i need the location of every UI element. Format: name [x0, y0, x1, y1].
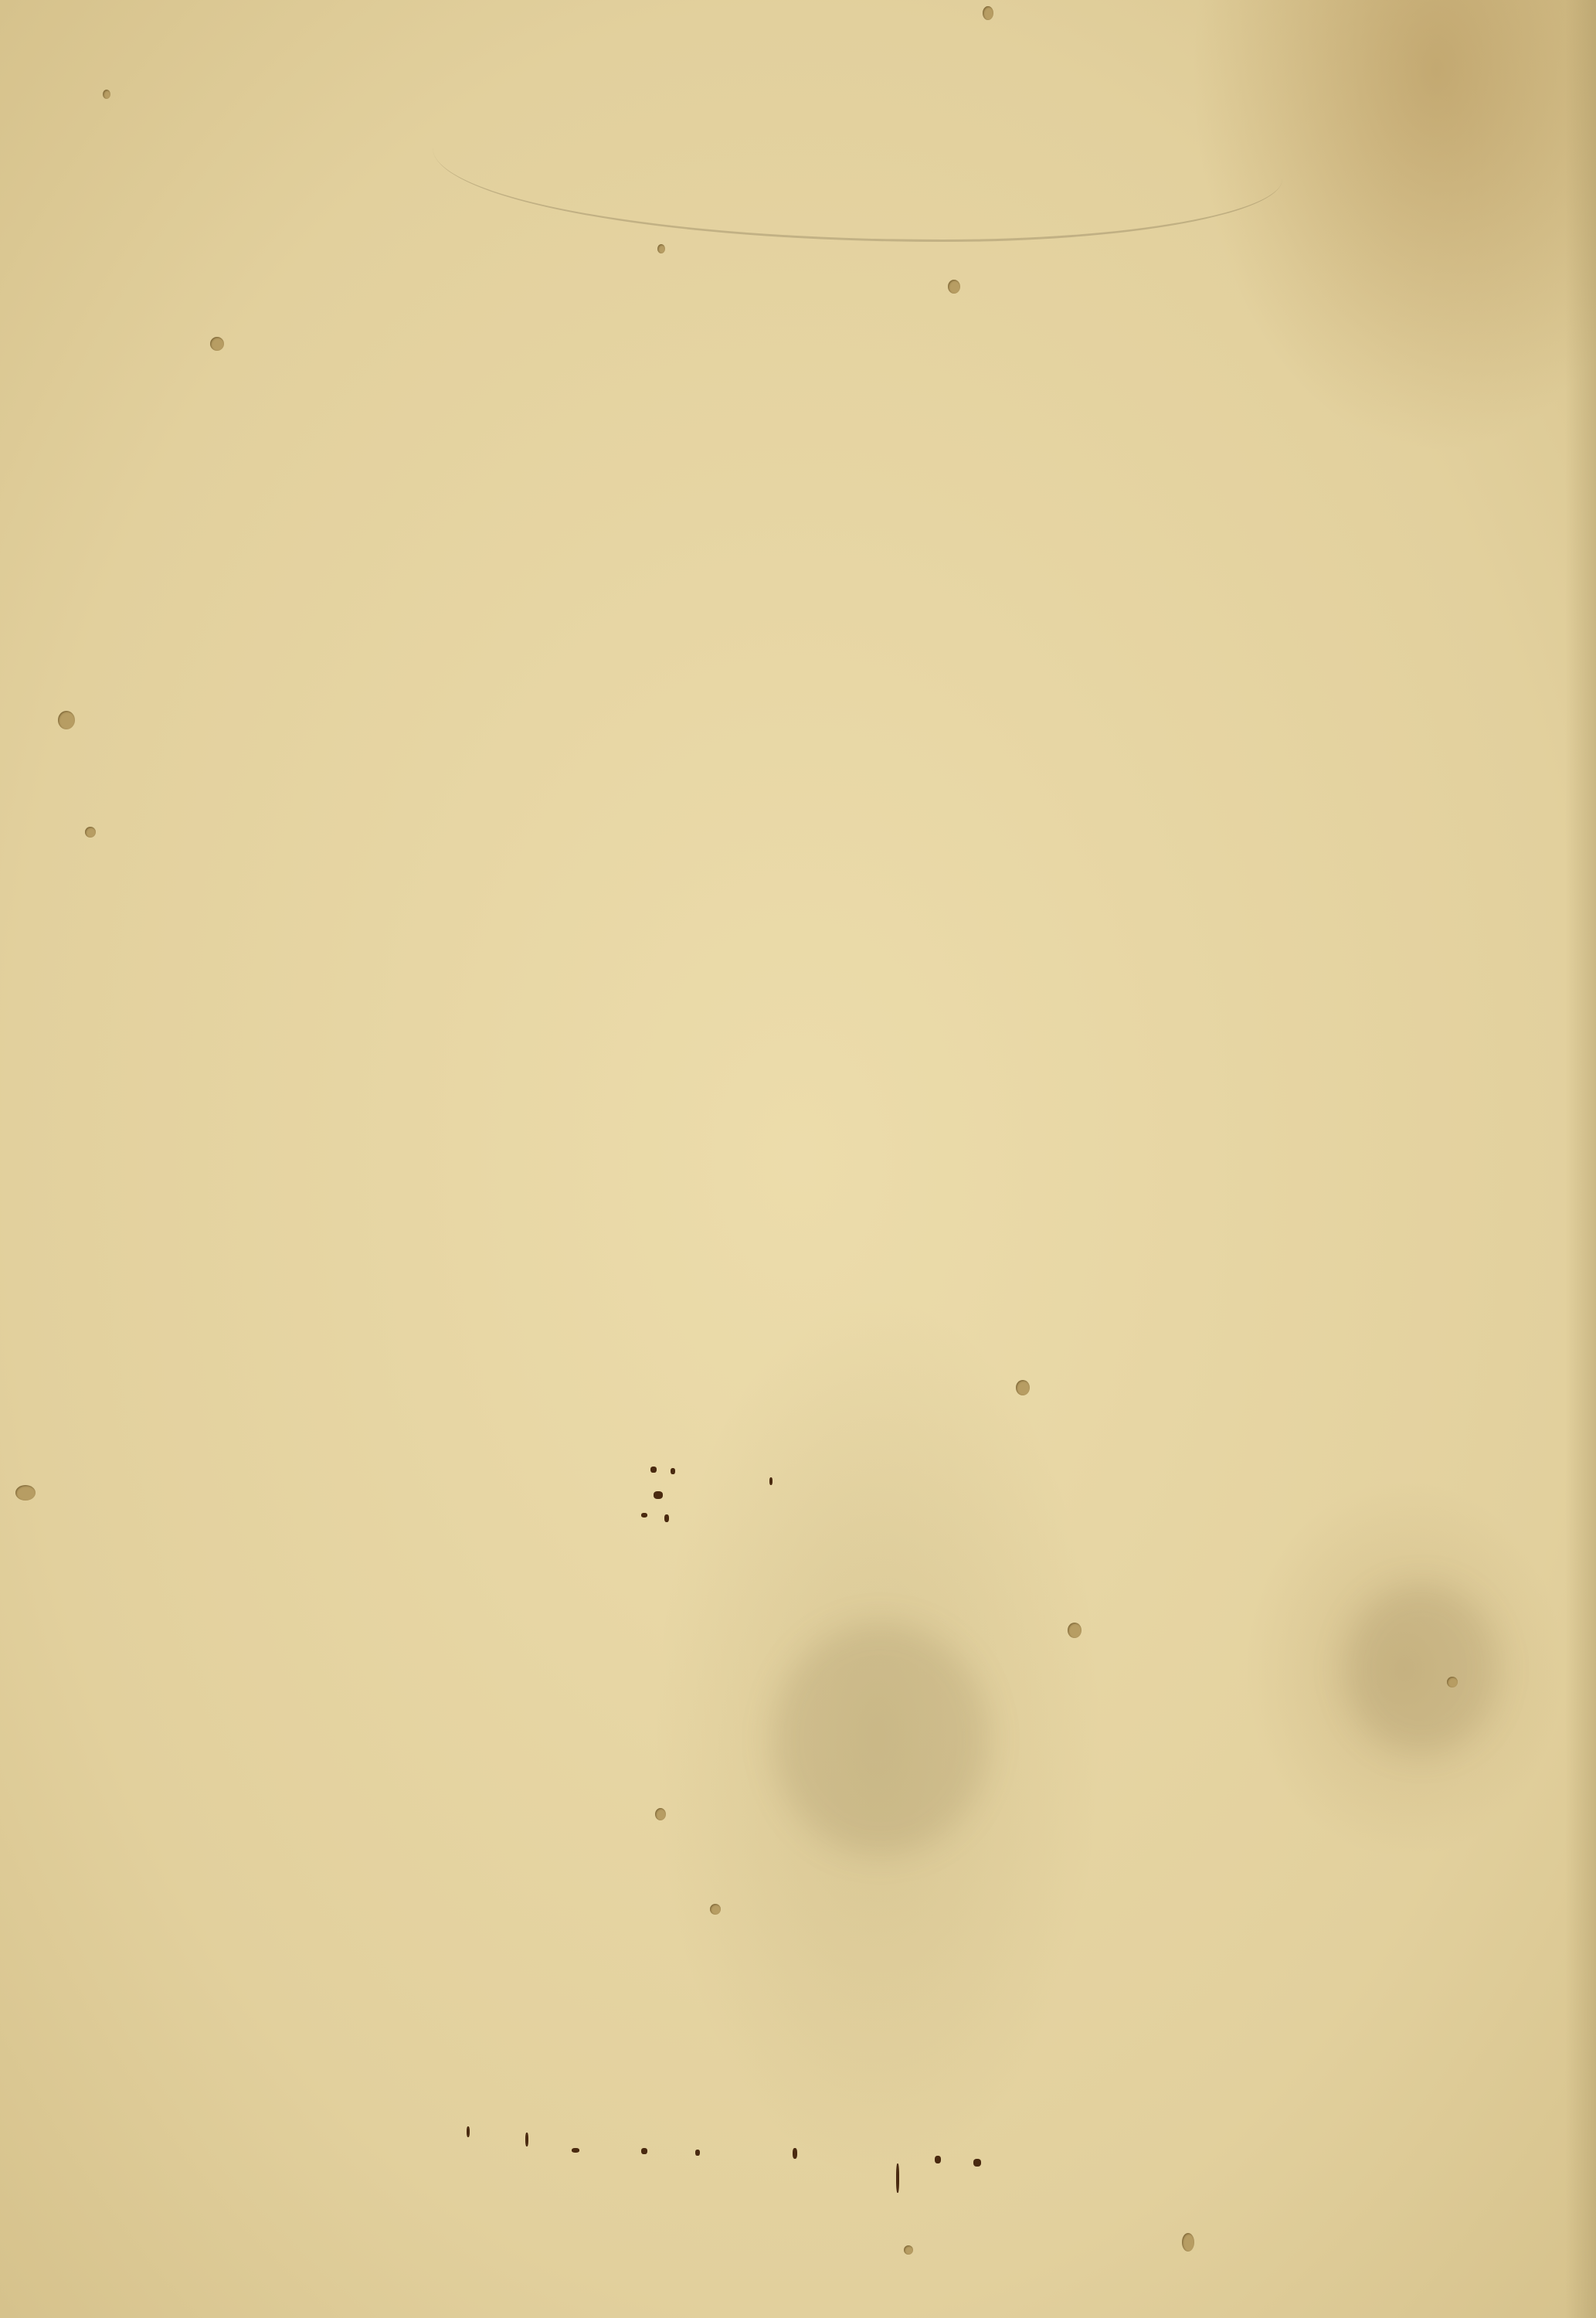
wormhole	[1182, 2233, 1194, 2252]
paper-page	[0, 0, 1596, 2318]
wormhole	[210, 337, 224, 351]
wormhole	[85, 827, 96, 838]
wormhole	[1447, 1677, 1458, 1688]
worm-hole-trail	[467, 2126, 470, 2137]
worm-hole-trail	[896, 2163, 899, 2193]
wormhole	[15, 1485, 36, 1501]
worm-hole-trail	[793, 2148, 797, 2159]
wormhole	[948, 280, 960, 294]
worm-hole-trail	[973, 2159, 981, 2167]
wormhole	[103, 90, 110, 99]
worm-hole-cluster	[650, 1467, 657, 1473]
wormhole	[58, 711, 75, 729]
worm-hole-cluster	[641, 1513, 647, 1518]
stain	[773, 1623, 989, 1854]
worm-hole-cluster	[769, 1477, 773, 1485]
worm-hole-trail	[525, 2133, 528, 2146]
worm-hole-trail	[572, 2148, 579, 2153]
worm-hole-cluster	[671, 1468, 675, 1474]
wormhole	[655, 1808, 666, 1820]
worm-hole-trail	[695, 2150, 700, 2156]
worm-hole-cluster	[654, 1491, 663, 1499]
bleed-through-marks	[433, 85, 1282, 242]
wormhole	[710, 1904, 721, 1915]
wormhole	[1068, 1623, 1082, 1638]
worm-hole-trail	[935, 2156, 941, 2163]
worm-hole-cluster	[664, 1514, 669, 1522]
wormhole	[1016, 1380, 1030, 1395]
stain	[1344, 1584, 1499, 1754]
page-edge	[1565, 0, 1596, 2318]
wormhole	[983, 6, 993, 20]
wormhole	[657, 244, 665, 253]
wormhole	[904, 2245, 913, 2255]
worm-hole-trail	[641, 2148, 647, 2154]
